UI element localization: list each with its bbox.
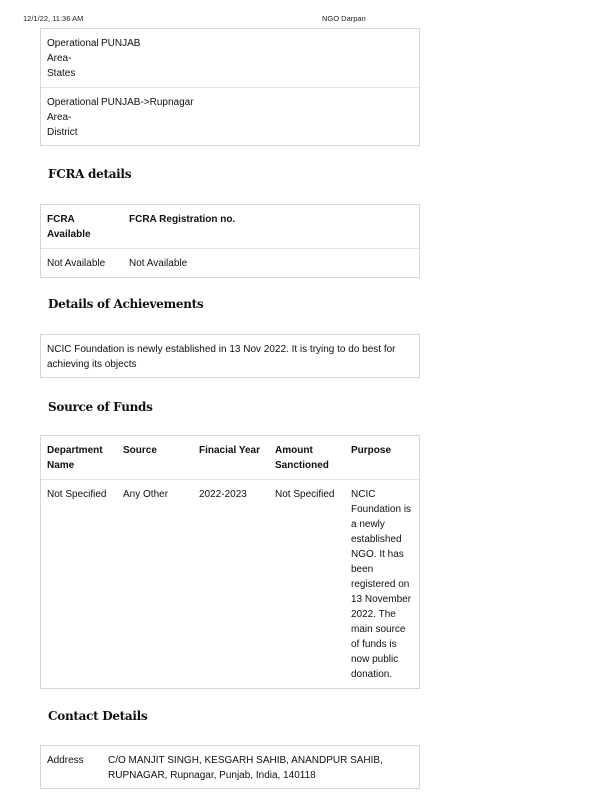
label-line: Operational	[47, 36, 89, 51]
operational-area-states-value: PUNJAB	[95, 29, 146, 87]
achievements-heading: Details of Achievements	[48, 297, 203, 311]
table-header-row: FCRA Available FCRA Registration no.	[41, 205, 419, 248]
operational-area-district-label: Operational Area- District	[41, 88, 95, 145]
achievements-box: NCIC Foundation is newly established in …	[40, 334, 420, 378]
funds-header-purpose: Purpose	[345, 436, 419, 479]
operational-area-district-value: PUNJAB->Rupnagar	[95, 88, 200, 145]
fcra-heading: FCRA details	[48, 167, 131, 181]
funds-header-year: Finacial Year	[193, 436, 269, 479]
label-line: District	[47, 125, 89, 140]
funds-year-value: 2022-2023	[193, 480, 269, 688]
funds-header-amount: Amount Sanctioned	[269, 436, 345, 479]
funds-source-value: Any Other	[117, 480, 193, 688]
funds-header-department: Department Name	[41, 436, 117, 479]
achievements-text: NCIC Foundation is newly established in …	[41, 335, 419, 378]
funds-table: Department Name Source Finacial Year Amo…	[40, 435, 420, 689]
operational-area-states-label: Operational Area- States	[41, 29, 95, 87]
funds-header-source: Source	[117, 436, 193, 479]
fcra-table: FCRA Available FCRA Registration no. Not…	[40, 204, 420, 278]
funds-heading: Source of Funds	[48, 400, 153, 414]
contact-heading: Contact Details	[48, 709, 147, 723]
fcra-available-value: Not Available	[41, 249, 123, 277]
contact-table: Address C/O MANJIT SINGH, KESGARH SAHIB,…	[40, 745, 420, 789]
funds-purpose-value: NCIC Foundation is a newly established N…	[345, 480, 419, 688]
table-header-row: Department Name Source Finacial Year Amo…	[41, 436, 419, 479]
table-row: Operational Area- States PUNJAB	[41, 29, 419, 87]
site-title: NGO Darpan	[322, 14, 366, 23]
address-value: C/O MANJIT SINGH, KESGARH SAHIB, ANANDPU…	[102, 746, 402, 789]
fcra-available-header: FCRA Available	[41, 205, 123, 248]
table-row: Not Available Not Available	[41, 248, 419, 277]
print-datetime: 12/1/22, 11:36 AM	[23, 14, 83, 23]
label-line: States	[47, 66, 89, 81]
label-line: Operational	[47, 95, 89, 110]
table-row: Address C/O MANJIT SINGH, KESGARH SAHIB,…	[41, 746, 419, 789]
operational-area-table: Operational Area- States PUNJAB Operatio…	[40, 28, 420, 146]
table-row: Operational Area- District PUNJAB->Rupna…	[41, 87, 419, 145]
label-line: Area-	[47, 110, 89, 125]
funds-department-value: Not Specified	[41, 480, 117, 688]
fcra-registration-header: FCRA Registration no.	[123, 205, 241, 248]
label-line: Area-	[47, 51, 89, 66]
table-row: Not Specified Any Other 2022-2023 Not Sp…	[41, 479, 419, 688]
address-label: Address	[41, 746, 102, 789]
funds-amount-value: Not Specified	[269, 480, 345, 688]
fcra-registration-value: Not Available	[123, 249, 193, 277]
